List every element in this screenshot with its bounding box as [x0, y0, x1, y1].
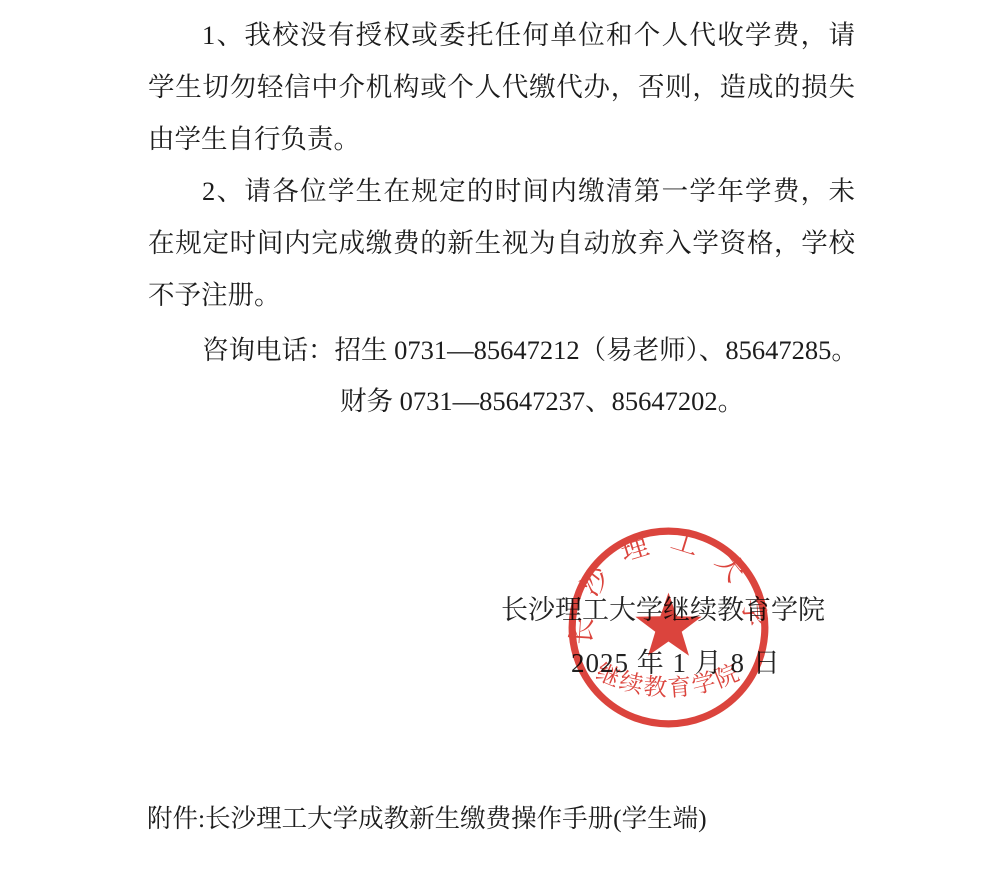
contact-block: 咨询电话：招生 0731—85647212（易老师）、85647285。 — [148, 324, 855, 376]
notice-document-page: 1、我校没有授权或委托任何单位和个人代收学费，请 学生切勿轻信中介机构或个人代缴… — [0, 0, 1000, 876]
paragraph-1-line-3: 由学生自行负责。 — [148, 113, 855, 165]
paragraph-1-line-1: 1、我校没有授权或委托任何单位和个人代收学费，请 — [148, 9, 855, 61]
paragraph-2: 2、请各位学生在规定的时间内缴清第一学年学费，未 在规定时间内完成缴费的新生视为… — [148, 165, 855, 321]
contact-admissions-line: 咨询电话：招生 0731—85647212（易老师）、85647285。 — [148, 324, 855, 376]
official-seal-stamp: 长沙理工大学 继续教育学院 — [566, 525, 771, 730]
attachment-line: 附件:长沙理工大学成教新生缴费操作手册(学生端) — [147, 801, 707, 837]
paragraph-2-line-3: 不予注册。 — [148, 269, 855, 321]
contact-finance-line: 财务 0731—85647237、85647202。 — [148, 375, 855, 427]
paragraph-2-line-2: 在规定时间内完成缴费的新生视为自动放弃入学资格，学校 — [148, 217, 855, 269]
paragraph-1: 1、我校没有授权或委托任何单位和个人代收学费，请 学生切勿轻信中介机构或个人代缴… — [148, 9, 855, 165]
seal-top-text: 长沙理工大学 — [566, 525, 771, 646]
paragraph-2-line-1: 2、请各位学生在规定的时间内缴清第一学年学费，未 — [148, 165, 855, 217]
seal-ring — [572, 531, 765, 724]
signature-organization: 长沙理工大学继续教育学院 — [501, 593, 825, 627]
seal-top-textpath: 长沙理工大学 — [566, 525, 771, 646]
signature-date: 2025 年 1 月 8 日 — [571, 646, 781, 680]
paragraph-1-line-2: 学生切勿轻信中介机构或个人代缴代办，否则，造成的损失 — [148, 61, 855, 113]
seal-graphic: 长沙理工大学 继续教育学院 — [566, 525, 771, 730]
contact-block-2: 财务 0731—85647237、85647202。 — [148, 375, 855, 427]
seal-bottom-arc-path — [597, 679, 741, 696]
